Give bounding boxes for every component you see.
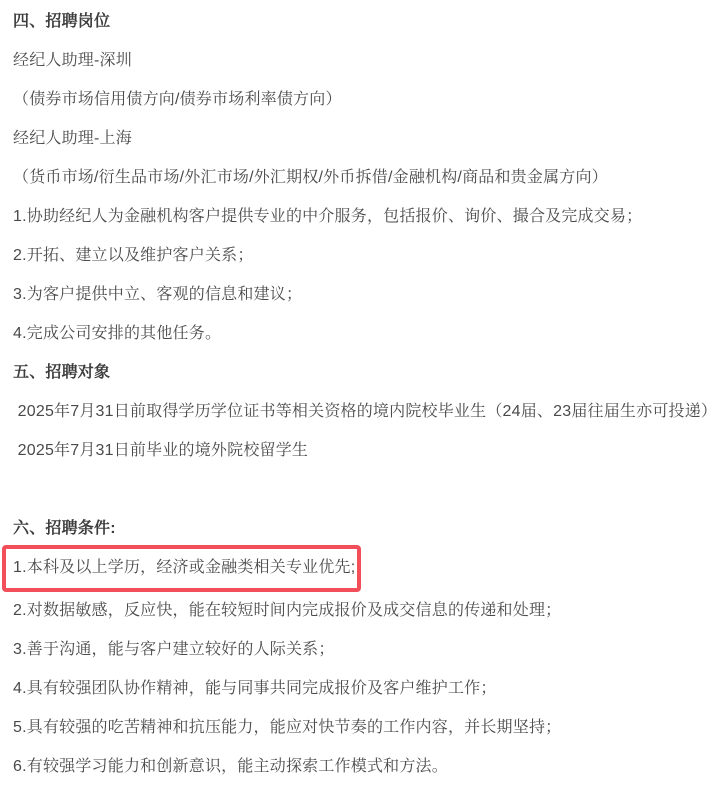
- recruitment-document: 四、招聘岗位 经纪人助理-深圳 （债券市场信用债方向/债券市场利率债方向） 经纪…: [0, 0, 707, 784]
- requirement-item-highlighted: 1.本科及以上学历，经济或金融类相关专业优先;: [13, 546, 697, 585]
- duty-text: 2.开拓、建立以及维护客户关系；: [13, 242, 254, 265]
- section-heading-targets: 五、招聘对象: [13, 351, 697, 390]
- duty-item-2: 2.开拓、建立以及维护客户关系；: [13, 234, 697, 273]
- requirement-item-6: 6.有较强学习能力和创新意识，能主动探索工作模式和方法。: [13, 745, 697, 784]
- section-heading-text: 六、招聘条件:: [13, 515, 116, 538]
- duty-item-1: 1.协助经纪人为金融机构客户提供专业的中介服务，包括报价、询价、撮合及完成交易；: [13, 195, 697, 234]
- requirement-item-2: 2.对数据敏感，反应快，能在较短时间内完成报价及成交信息的传递和处理；: [13, 589, 697, 628]
- requirement-text: 1.本科及以上学历，经济或金融类相关专业优先;: [13, 554, 355, 577]
- requirement-item-3: 3.善于沟通，能与客户建立较好的人际关系；: [13, 628, 697, 667]
- job-title-text: 经纪人助理-深圳: [13, 47, 132, 70]
- requirement-text: 3.善于沟通，能与客户建立较好的人际关系；: [13, 636, 335, 659]
- job-directions-text: （货币市场/衍生品市场/外汇市场/外汇期权/外币拆借/金融机构/商品和贵金属方向…: [13, 164, 608, 187]
- target-text: 2025年7月31日前取得学历学位证书等相关资格的境内院校毕业生（24届、23届…: [13, 398, 707, 421]
- requirement-text: 5.具有较强的吃苦精神和抗压能力，能应对快节奏的工作内容，并长期坚持；: [13, 714, 561, 737]
- target-item-1: 2025年7月31日前取得学历学位证书等相关资格的境内院校毕业生（24届、23届…: [13, 390, 697, 429]
- requirement-item-4: 4.具有较强团队协作精神，能与同事共同完成报价及客户维护工作；: [13, 667, 697, 706]
- requirement-text: 2.对数据敏感，反应快，能在较短时间内完成报价及成交信息的传递和处理；: [13, 597, 561, 620]
- section-heading-text: 四、招聘岗位: [13, 8, 110, 31]
- section-heading-text: 五、招聘对象: [13, 359, 110, 382]
- job-title-shenzhen: 经纪人助理-深圳: [13, 39, 697, 78]
- duty-text: 1.协助经纪人为金融机构客户提供专业的中介服务，包括报价、询价、撮合及完成交易；: [13, 203, 642, 226]
- requirement-text: 6.有较强学习能力和创新意识，能主动探索工作模式和方法。: [13, 753, 448, 776]
- job-title-text: 经纪人助理-上海: [13, 125, 132, 148]
- requirement-text: 4.具有较强团队协作精神，能与同事共同完成报价及客户维护工作；: [13, 675, 497, 698]
- duty-item-4: 4.完成公司安排的其他任务。: [13, 312, 697, 351]
- blank-line: [13, 468, 697, 507]
- duty-text: 3.为客户提供中立、客观的信息和建议；: [13, 281, 302, 304]
- target-text: 2025年7月31日前毕业的境外院校留学生: [13, 437, 308, 460]
- job-directions-text: （债券市场信用债方向/债券市场利率债方向）: [13, 86, 342, 109]
- section-heading-positions: 四、招聘岗位: [13, 0, 697, 39]
- requirement-item-5: 5.具有较强的吃苦精神和抗压能力，能应对快节奏的工作内容，并长期坚持；: [13, 706, 697, 745]
- target-item-2: 2025年7月31日前毕业的境外院校留学生: [13, 429, 697, 468]
- section-heading-requirements: 六、招聘条件:: [13, 507, 697, 546]
- duty-text: 4.完成公司安排的其他任务。: [13, 320, 221, 343]
- job-directions-shanghai: （货币市场/衍生品市场/外汇市场/外汇期权/外币拆借/金融机构/商品和贵金属方向…: [13, 156, 697, 195]
- job-title-shanghai: 经纪人助理-上海: [13, 117, 697, 156]
- duty-item-3: 3.为客户提供中立、客观的信息和建议；: [13, 273, 697, 312]
- job-directions-shenzhen: （债券市场信用债方向/债券市场利率债方向）: [13, 78, 697, 117]
